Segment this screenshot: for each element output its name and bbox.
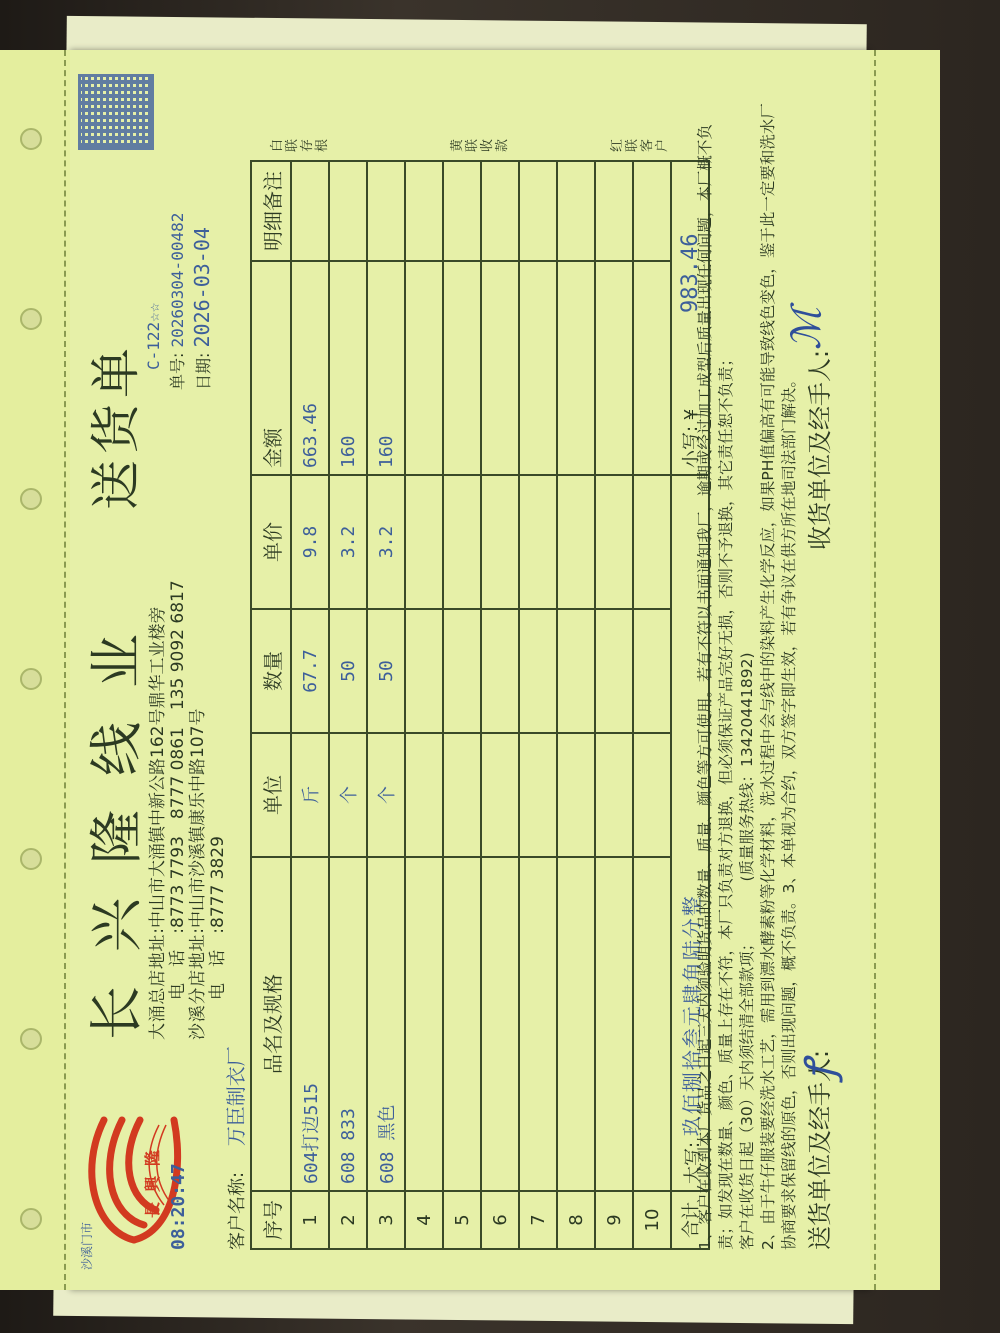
header-amount: 金额 — [251, 261, 291, 475]
header-qty: 数量 — [251, 609, 291, 733]
terms-line: 1、客户在收到本厂货品之日起三天内须验明货品的数量、质量、颜色等方可使用。若有不… — [695, 100, 737, 1250]
order-date: 2026-03-04 — [190, 227, 214, 347]
date-row: 日期: 2026-03-04 — [190, 213, 216, 390]
terms-and-conditions: 1、客户在收到本厂货品之日起三天内须验明货品的数量、质量、颜色等方可使用。若有不… — [695, 100, 800, 1250]
print-time: 08:20:47 — [168, 1163, 189, 1250]
copy-label-white: 白联存根 — [270, 136, 330, 152]
table-row: 2 608 833 个 50 3.2 160 — [329, 161, 367, 1249]
header-price: 单价 — [251, 475, 291, 609]
header-name: 品名及规格 — [251, 857, 291, 1191]
items-table: 序号 品名及规格 单位 数量 单价 金额 明细备注 1 604打边515 斤 6… — [250, 160, 710, 1250]
table-row: 10 — [633, 161, 671, 1249]
document-type-title: 送货单 — [76, 342, 148, 510]
document-header: 沙溪门市 長興隆 08:20:47 长兴隆线业 送货单 大涌总店 — [70, 50, 220, 1290]
perforation-line — [64, 50, 66, 1290]
header-remark: 明细备注 — [251, 161, 291, 261]
feed-hole — [20, 1208, 42, 1230]
header-no: 序号 — [251, 1191, 291, 1249]
address-row: 大涌总店地址:中山市大涌镇中新公路162号鼎华工业楼旁 — [148, 580, 168, 1040]
table-row: 3 608 黑色 个 50 3.2 160 — [367, 161, 405, 1249]
address-row: 沙溪分店地址:中山市沙溪镇康乐中路107号 — [188, 580, 208, 1040]
company-name: 长兴隆线业 — [74, 600, 151, 1040]
order-number: 20260304-00482 — [168, 213, 187, 348]
table-row: 8 — [557, 161, 595, 1249]
feed-hole — [20, 668, 42, 690]
form-code: C-122☆☆ — [142, 213, 166, 390]
phone-row: 电话:8777 3829 — [208, 580, 228, 1040]
address-block: 大涌总店地址:中山市大涌镇中新公路162号鼎华工业楼旁 电话:8773 7793… — [148, 580, 228, 1040]
table-header-row: 序号 品名及规格 单位 数量 单价 金额 明细备注 — [251, 161, 291, 1249]
table-row: 7 — [519, 161, 557, 1249]
delivery-note: 沙溪门市 長興隆 08:20:47 长兴隆线业 送货单 大涌总店 — [70, 50, 870, 1290]
receiver-signature-label: 收货单位及经手人: — [800, 350, 835, 550]
customer-row: 客户名称: 万臣制衣厂 — [220, 1046, 249, 1250]
feed-margin-bottom — [870, 50, 940, 1290]
feed-margin-top — [0, 50, 70, 1290]
table-row: 1 604打边515 斤 67.7 9.8 663.46 — [291, 161, 329, 1249]
table-row: 4 — [405, 161, 443, 1249]
qr-code-icon — [78, 74, 154, 150]
feed-hole — [20, 848, 42, 870]
feed-hole — [20, 488, 42, 510]
feed-hole — [20, 128, 42, 150]
terms-line: 客户在收货日起（30）天内须结清全部款项； (质量服务热线：1342044189… — [737, 100, 758, 1250]
header-unit: 单位 — [251, 733, 291, 857]
table-row: 9 — [595, 161, 633, 1249]
customer-name: 万臣制衣厂 — [224, 1046, 248, 1146]
sender-signature: ꝭ — [790, 1061, 845, 1080]
feed-hole — [20, 1028, 42, 1050]
order-meta: C-122☆☆ 单号: 20260304-00482 日期: 2026-03-0… — [142, 213, 216, 390]
copy-label-red: 红联客户 — [610, 136, 670, 152]
feed-hole — [20, 308, 42, 330]
phone-row: 电话:8773 7793 8777 0861 135 9092 6817 — [168, 580, 188, 1040]
perforation-line — [874, 50, 876, 1290]
order-number-row: 单号: 20260304-00482 — [166, 213, 190, 390]
customer-label: 客户名称: — [227, 1172, 248, 1250]
receiver-signature: ℳ — [784, 307, 830, 350]
logo-brand-text: 長興隆 — [140, 1140, 163, 1218]
table-row: 5 — [443, 161, 481, 1249]
paper-sheet: 沙溪门市 長興隆 08:20:47 长兴隆线业 送货单 大涌总店 — [70, 50, 870, 1290]
table-row: 6 — [481, 161, 519, 1249]
copy-label-yellow: 黄联收款 — [450, 136, 510, 152]
